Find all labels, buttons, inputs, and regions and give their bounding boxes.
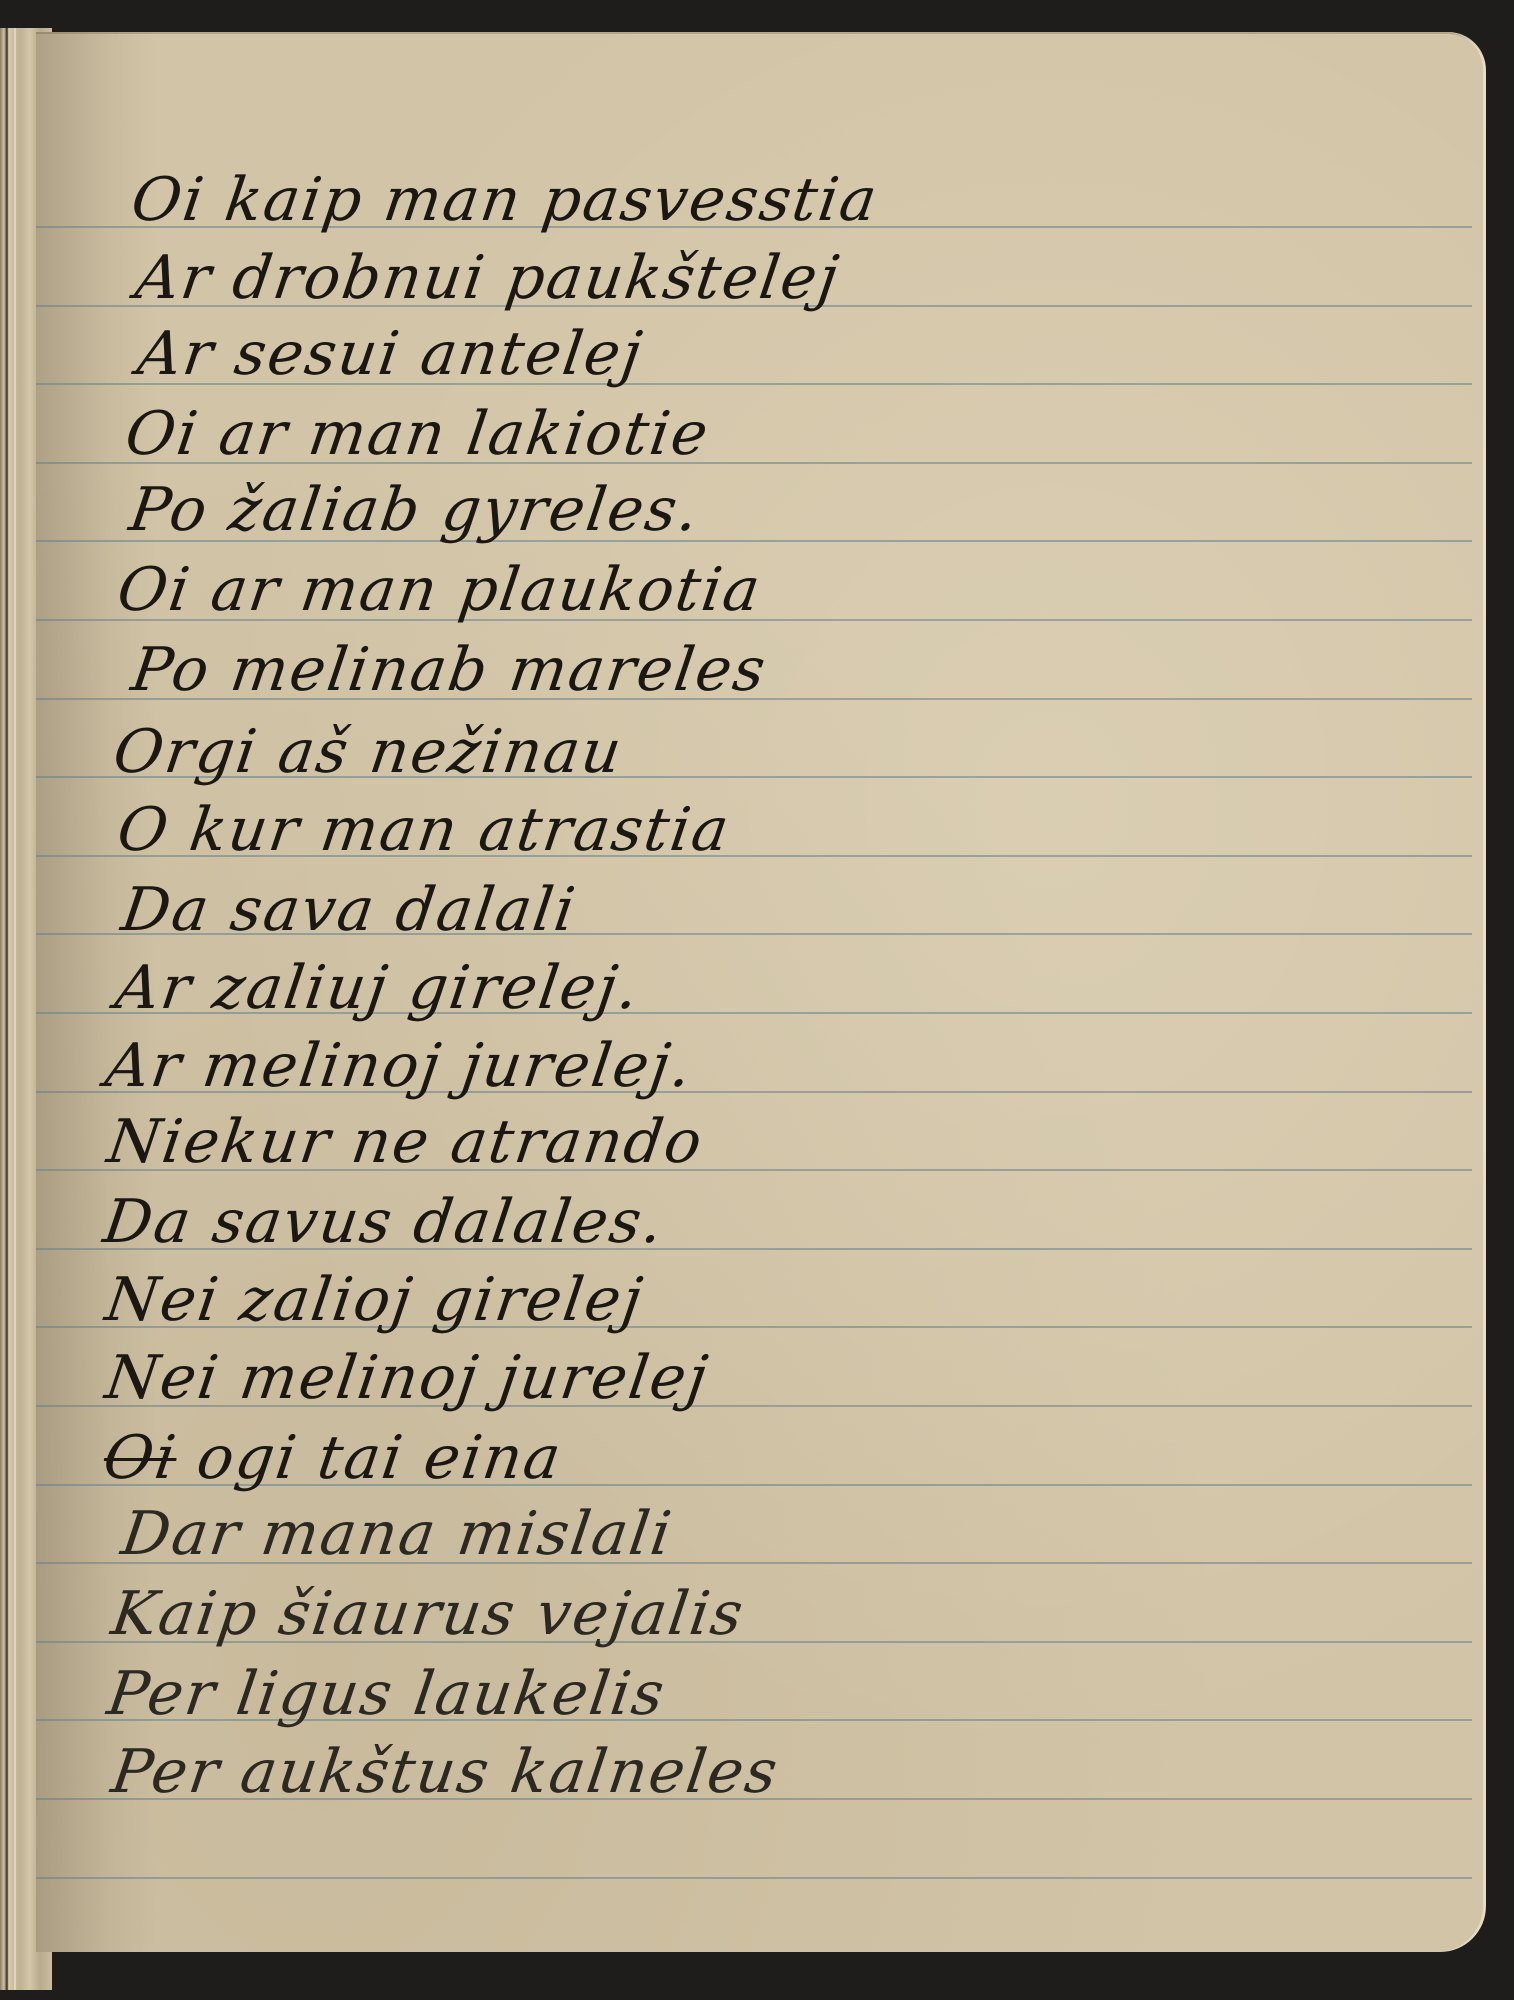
poem-line: Oi ar man lakiotie — [122, 404, 713, 464]
ruled-line — [36, 1877, 1472, 1879]
poem-line: Da sava dalali — [118, 880, 580, 940]
poem-line: Ar drobnui paukštelej — [132, 248, 844, 308]
struck-word: Oi — [99, 1423, 181, 1493]
binding-edge-line — [6, 28, 8, 1990]
binding-highlight-line — [14, 28, 16, 1990]
poem-line: Orgi aš nežinau — [110, 722, 627, 782]
poem-line: Ar sesui antelej — [134, 324, 647, 384]
poem-line: Nei melinoj jurelej — [102, 1348, 713, 1408]
notebook-page: Oi kaip man pasvesstiaAr drobnui paukšte… — [36, 32, 1486, 1952]
poem-line: Ar zaliuj girelej. — [112, 958, 644, 1018]
poem-line: Ar melinoj jurelej. — [102, 1036, 697, 1096]
poem-line: Oi ar man plaukotia — [114, 560, 765, 620]
poem-line: Oi kaip man pasvesstia — [128, 170, 882, 230]
poem-line: Kaip šiaurus vejalis — [108, 1584, 748, 1644]
poem-line: Nei zalioj girelej — [102, 1270, 647, 1330]
poem-line: Niekur ne atrando — [104, 1112, 707, 1172]
poem-line: Oi ogi tai eina — [100, 1428, 566, 1488]
poem-line: Po žaliab gyreles. — [126, 480, 704, 540]
poem-line: Per aukštus kalneles — [108, 1742, 783, 1802]
poem-line: Da savus dalales. — [100, 1192, 668, 1252]
poem-line: Dar mana mislali — [118, 1504, 676, 1564]
poem-line: Per ligus laukelis — [104, 1664, 669, 1724]
poem-line: O kur man atrastia — [114, 800, 734, 860]
poem-line: Po melinab mareles — [128, 640, 771, 700]
